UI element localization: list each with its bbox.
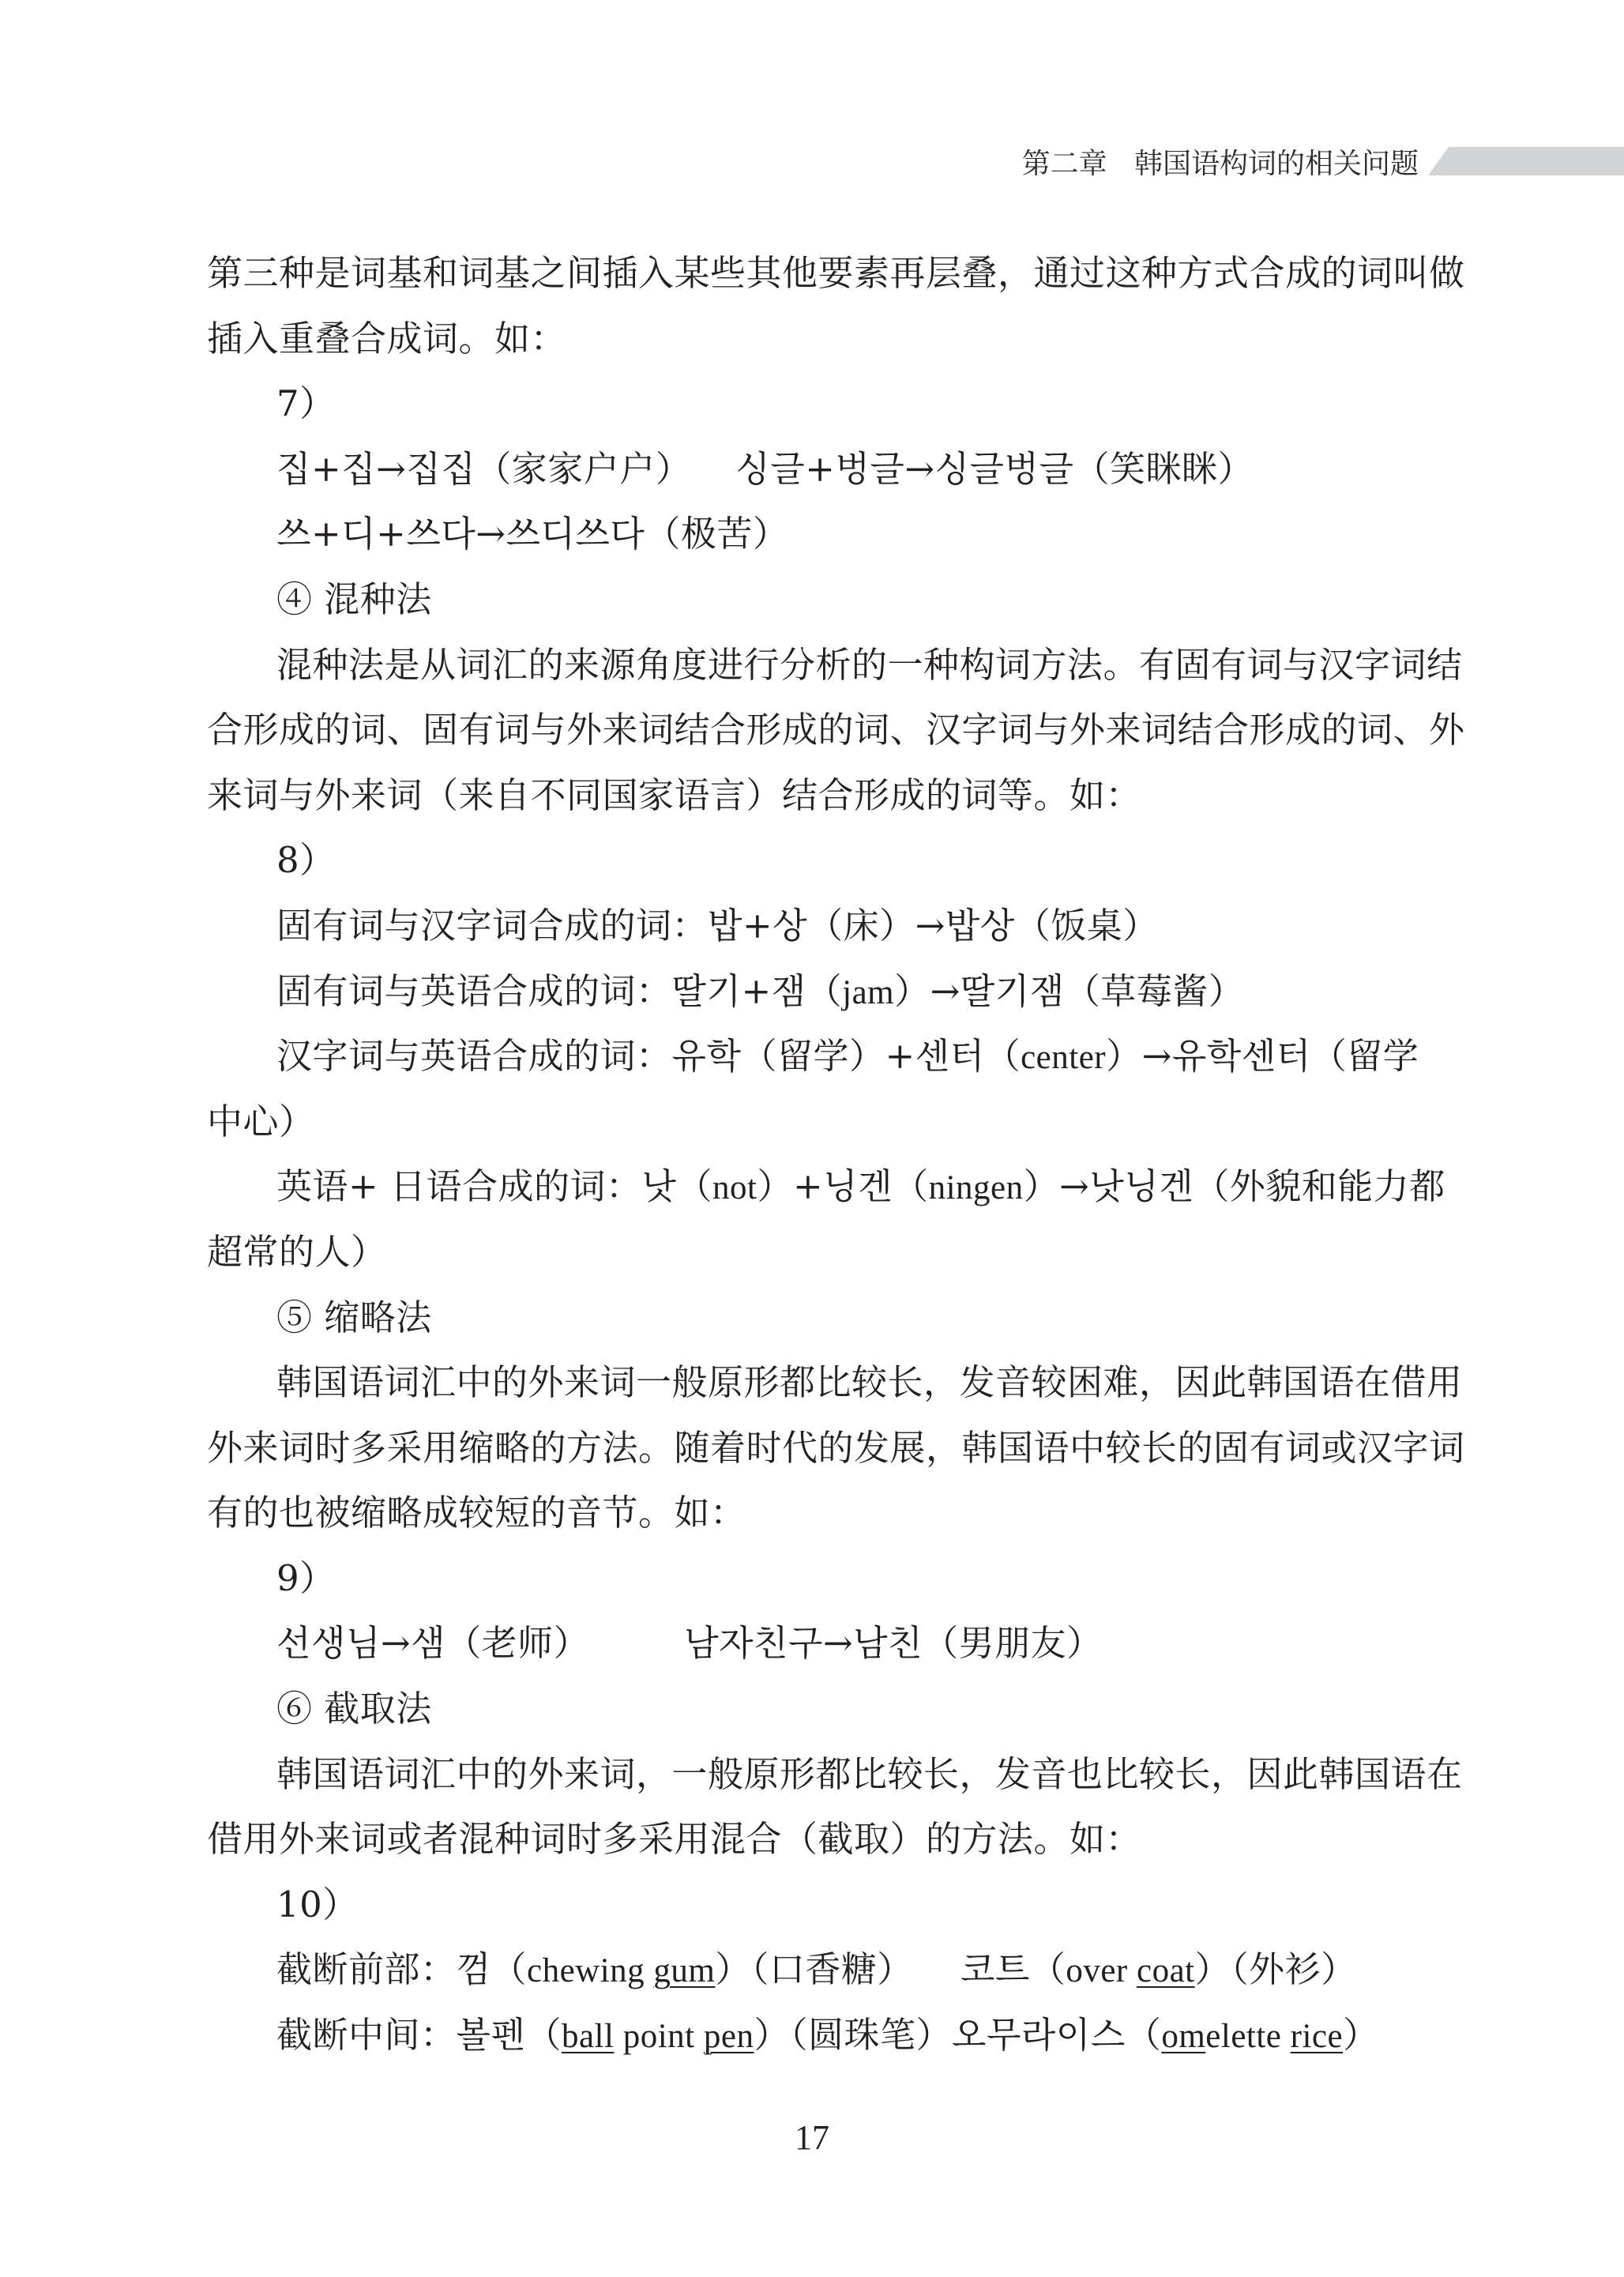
text-run: ）→유학센터（留学 (1106, 1035, 1419, 1077)
underlined-english-word: rice (1291, 2018, 1343, 2055)
example-label: 8） (207, 828, 1422, 894)
english-word: over (1066, 1952, 1137, 1989)
paragraph-line: 第三种是词基和词基之间插入某些其他要素再层叠，通过这种方式合成的词叫做 (207, 241, 1422, 307)
text-run: 껌（ (457, 1948, 527, 1990)
page-number: 17 (0, 2117, 1624, 2158)
english-word: jam (842, 974, 894, 1011)
example-line-continued: 中心） (207, 1090, 1422, 1155)
example-line: 固有词与英语合成的词：딸기+잼（jam）→딸기잼（草莓酱） (207, 959, 1422, 1025)
paragraph-line: 有的也被缩略成较短的音节。如： (207, 1481, 1422, 1546)
example-line: 固有词与汉字词合成的词：밥+상（床）→밥상（饭桌） (207, 894, 1422, 959)
section-heading: ⑤ 缩略法 (207, 1285, 1422, 1351)
paragraph-line: 混种法是从词汇的来源角度进行分析的一种构词方法。有固有词与汉字词结 (207, 633, 1422, 698)
underlined-english-word: pen (704, 2018, 754, 2055)
example-item: 집+집→집집（家家户户） (276, 448, 691, 490)
english-word: point (614, 2018, 703, 2055)
section-heading: ④ 混种法 (207, 567, 1422, 633)
text-run: 固有词与英语合成的词：딸기+잼（ (276, 970, 842, 1012)
example-sublabel: 截断中间： (276, 2014, 457, 2056)
example-line: 선생님→샘（老师）남자친구→남친（男朋友） (207, 1611, 1422, 1677)
example-item: 싱글+벙글→싱글벙글（笑眯眯） (735, 448, 1254, 490)
example-line: 截断前部：껌（chewing gum）（口香糖）코트（over coat）（外衫… (207, 1937, 1422, 2003)
page-body: 第三种是词基和词基之间插入某些其他要素再层叠，通过这种方式合成的词叫做 插入重叠… (207, 241, 1422, 2068)
underlined-english-word: om (1161, 2018, 1205, 2055)
paragraph-line: 来词与外来词（来自不同国家语言）结合形成的词等。如： (207, 763, 1422, 829)
english-word: center (1021, 1039, 1106, 1076)
text-run: 英语+ 日语合成的词：낫（ (276, 1165, 712, 1207)
english-word: not (712, 1169, 757, 1206)
text-run: ）→딸기잼（草莓酱） (894, 970, 1244, 1012)
section-heading: ⑥ 截取法 (207, 1677, 1422, 1742)
example-line-continued: 超常的人） (207, 1220, 1422, 1285)
example-sublabel: 截断前部： (276, 1948, 457, 1990)
text-run: 코트（ (960, 1948, 1066, 1990)
paragraph-line: 借用外来词或者混种词时多采用混合（截取）的方法。如： (207, 1807, 1422, 1872)
text-run: ）（外衫） (1195, 1948, 1357, 1990)
example-item: 남자친구→남친（男朋友） (684, 1622, 1103, 1664)
paragraph-line: 韩国语词汇中的外来词一般原形都比较长，发音较困难，因此韩国语在借用 (207, 1350, 1422, 1416)
paragraph-line: 外来词时多采用缩略的方法。随着时代的发展，韩国语中较长的固有词或汉字词 (207, 1416, 1422, 1481)
chapter-name: 韩国语构词的相关问题 (1134, 148, 1419, 180)
underlined-english-word: gum (653, 1952, 715, 1989)
example-item: 선생님→샘（老师） (276, 1622, 589, 1664)
text-run: ）（口香糖） (715, 1948, 913, 1990)
text-run: 볼펜（ (457, 2014, 562, 2056)
text-run: 汉字词与英语合成的词：유학（留学）+센터（ (276, 1035, 1021, 1077)
text-run: ）+닝겐（ (757, 1165, 928, 1207)
example-line: 집+집→집집（家家户户）싱글+벙글→싱글벙글（笑眯眯） (207, 437, 1422, 502)
paragraph-line: 韩国语词汇中的外来词，一般原形都比较长，发音也比较长，因此韩国语在 (207, 1742, 1422, 1808)
example-line: 截断中间：볼펜（ball point pen）（圆珠笔）오무라이스（omelet… (207, 2003, 1422, 2068)
example-label: 7） (207, 371, 1422, 437)
example-label: 10） (207, 1872, 1422, 1938)
japanese-romaji-word: ningen (929, 1169, 1024, 1206)
text-run: ）→낫닝겐（外貌和能力都 (1024, 1165, 1445, 1207)
text-run: ）（圆珠笔） (754, 2014, 952, 2056)
header-decorative-bar (1428, 147, 1624, 175)
underlined-english-word: coat (1137, 1952, 1195, 1989)
chapter-title: 第二章 韩国语构词的相关问题 (1022, 141, 1419, 188)
paragraph-line: 插入重叠合成词。如： (207, 307, 1422, 372)
example-line: 汉字词与英语合成的词：유학（留学）+센터（center）→유학센터（留学 (207, 1024, 1422, 1090)
text-run: 오무라이스（ (952, 2014, 1161, 2056)
underlined-english-word: ball (562, 2018, 614, 2055)
running-header: 第二章 韩国语构词的相关问题 (0, 141, 1624, 188)
english-word: elette (1205, 2018, 1290, 2055)
example-label: 9） (207, 1546, 1422, 1612)
english-word: chewing (527, 1952, 653, 1989)
example-line: 英语+ 日语合成的词：낫（not）+닝겐（ningen）→낫닝겐（外貌和能力都 (207, 1154, 1422, 1220)
paragraph-line: 合形成的词、固有词与外来词结合形成的词、汉字词与外来词结合形成的词、外 (207, 698, 1422, 763)
example-line: 쓰+디+쓰다→쓰디쓰다（极苦） (207, 502, 1422, 567)
text-run: ） (1343, 2014, 1379, 2056)
chapter-number: 第二章 (1022, 148, 1107, 180)
